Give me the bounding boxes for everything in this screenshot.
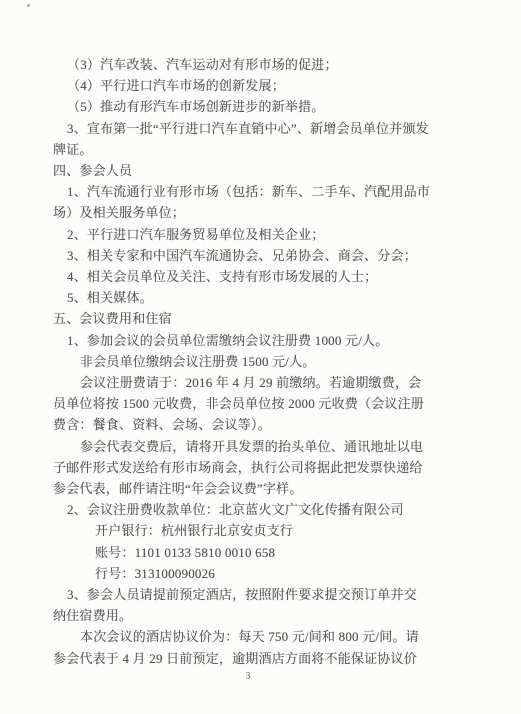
text-line: 员单位将按 1500 元收费，非会员单位按 2000 元收费（会议注册	[53, 393, 443, 414]
scan-speck	[27, 4, 30, 7]
text-line: 场）及相关服务单位；	[53, 202, 443, 223]
document-page: （3）汽车改装、汽车运动对有形市场的促进；（4）平行进口汽车市场的创新发展；（5…	[0, 0, 521, 714]
text-line: 1、汽车流通行业有形市场（包括：新车、二手车、汽配用品市	[53, 181, 443, 202]
text-line: 本次会议的酒店协议价为：每天 750 元/间和 800 元/间。请	[53, 626, 443, 647]
document-body: （3）汽车改装、汽车运动对有形市场的促进；（4）平行进口汽车市场的创新发展；（5…	[53, 54, 443, 669]
text-line: 3、参会人员请提前预定酒店，按照附件要求提交预订单并交	[53, 584, 443, 605]
text-line: 2、平行进口汽车服务贸易单位及相关企业；	[53, 224, 443, 245]
text-line: 2、会议注册费收款单位：北京蓝火文广文化传播有限公司	[53, 499, 443, 520]
text-line: 1、参加会议的会员单位需缴纳会议注册费 1000 元/人。	[53, 330, 443, 351]
text-line: 4、相关会员单位及关注、支持有形市场发展的人士；	[53, 266, 443, 287]
text-line: （4）平行进口汽车市场的创新发展；	[53, 75, 443, 96]
text-line: 账号：1101 0133 5810 0010 658	[53, 542, 443, 563]
text-line: 参会代表于 4 月 29 日前预定，逾期酒店方面将不能保证协议价	[53, 648, 443, 669]
text-line: 子邮件形式发送给有形市场商会，执行公司将据此把发票快递给	[53, 457, 443, 478]
text-line: 行号：313100090026	[53, 563, 443, 584]
text-line: 3、相关专家和中国汽车流通协会、兄弟协会、商会、分会；	[53, 245, 443, 266]
text-line: 牌证。	[53, 139, 443, 160]
text-line: （5）推动有形汽车市场创新进步的新举措。	[53, 96, 443, 117]
text-line: （3）汽车改装、汽车运动对有形市场的促进；	[53, 54, 443, 75]
text-line: 开户银行：杭州银行北京安贞支行	[53, 520, 443, 541]
text-line: 费含：餐食、资料、会场、会议等）。	[53, 414, 443, 435]
page-number: 3	[53, 670, 443, 684]
text-line: 参会代表交费后，请将开具发票的抬头单位、通讯地址以电	[53, 436, 443, 457]
text-line: 参会代表，邮件请注明“年会会议费”字样。	[53, 478, 443, 499]
text-line: 5、相关媒体。	[53, 287, 443, 308]
text-line: 3、宣布第一批“平行进口汽车直销中心”、新增会员单位并颁发	[53, 118, 443, 139]
text-line: 四、参会人员	[53, 160, 443, 181]
text-line: 五、会议费用和住宿	[53, 308, 443, 329]
text-line: 非会员单位缴纳会议注册费 1500 元/人。	[53, 351, 443, 372]
text-line: 会议注册费请于：2016 年 4 月 29 前缴纳。若逾期缴费，会	[53, 372, 443, 393]
text-line: 纳住宿费用。	[53, 605, 443, 626]
